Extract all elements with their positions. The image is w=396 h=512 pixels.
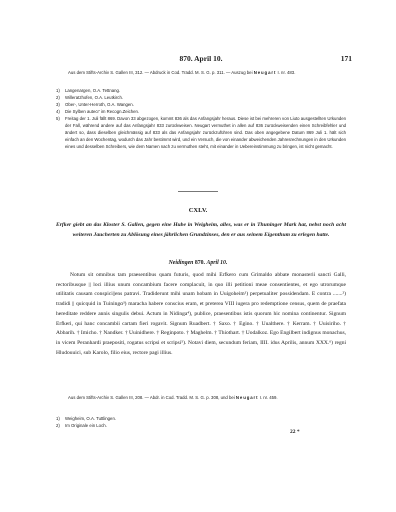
footnote-number: 2) <box>56 422 65 429</box>
running-head: 870. April 10. 171 <box>50 54 352 66</box>
previous-source-author: Neugart <box>254 70 277 75</box>
footnote: 2) Im Originale ein Loch. <box>56 422 346 429</box>
running-head-title: 870. April 10. <box>50 54 352 63</box>
previous-footnotes: 1) Langenargen, O.A. Tettnang. 2) Willer… <box>56 87 346 150</box>
charter-dateline: Neidingen 870. April 10. <box>0 260 396 266</box>
footnote-text: Weigheim, O.A. Tuttlingen. <box>65 415 346 422</box>
previous-source-ref: I. nr. 483. <box>276 70 295 75</box>
footnote-text: Freitag der 1. Juli fällt 869. Davon 33 … <box>65 115 346 150</box>
footnote: 1) Langenargen, O.A. Tettnang. <box>56 87 346 94</box>
footnote-number: 3) <box>56 101 65 108</box>
document-page: 870. April 10. 171 Aus dem Stifts-Archiv… <box>0 0 396 512</box>
footnote: 3) Ober-, Unter-Herroth, O.A. Wangen. <box>56 101 346 108</box>
charter-source: Aus dem Stifts-Archiv S. Gallen III, 208… <box>56 394 346 401</box>
footnote: 1) Weigheim, O.A. Tuttlingen. <box>56 415 346 422</box>
footnote-text: Willeratzhofen, O.A. Leutkirch. <box>65 94 346 101</box>
section-divider <box>178 191 218 192</box>
previous-source-text: Aus dem Stifts-Archiv S. Gallen III, 312… <box>68 70 253 75</box>
charter-body: Notum sit omnibus tam praesentibus quam … <box>56 271 346 358</box>
footnote: 5) Freitag der 1. Juli fällt 869. Davon … <box>56 115 346 150</box>
footnote-number: 2) <box>56 94 65 101</box>
footnote-number: 1) <box>56 87 65 94</box>
charter-footnotes: 1) Weigheim, O.A. Tuttlingen. 2) Im Orig… <box>56 415 346 429</box>
source-ref: I. nr. 459. <box>258 395 277 400</box>
footnote: 2) Willeratzhofen, O.A. Leutkirch. <box>56 94 346 101</box>
charter-number: CXLV. <box>0 207 396 214</box>
footnote-number: 4) <box>56 108 65 115</box>
footnote-text: Im Originale ein Loch. <box>65 422 346 429</box>
footnote-text: Die Sylben autecr' im Recogn.Zeichen. <box>65 108 346 115</box>
footnote-number: 1) <box>56 415 65 422</box>
page-number: 171 <box>341 54 352 63</box>
dateline-date: April 10. <box>206 260 227 266</box>
charter-text: Notum sit omnibus tam praesentibus quam … <box>56 271 346 358</box>
dateline-year: 870. <box>195 260 205 266</box>
source-text: Aus dem Stifts-Archiv S. Gallen III, 208… <box>68 395 235 400</box>
source-author: Neugart <box>236 395 259 400</box>
footnote-number: 5) <box>56 115 65 150</box>
footnote-text: Langenargen, O.A. Tettnang. <box>65 87 346 94</box>
footnote: 4) Die Sylben autecr' im Recogn.Zeichen. <box>56 108 346 115</box>
signature-mark: 22 * <box>290 429 300 435</box>
previous-charter-source: Aus dem Stifts-Archiv S. Gallen III, 312… <box>56 69 346 76</box>
charter-regest: Erfker giebt an das Kloster S. Gallen, g… <box>56 221 346 241</box>
dateline-place: Neidingen <box>169 260 194 266</box>
footnote-text: Ober-, Unter-Herroth, O.A. Wangen. <box>65 101 346 108</box>
